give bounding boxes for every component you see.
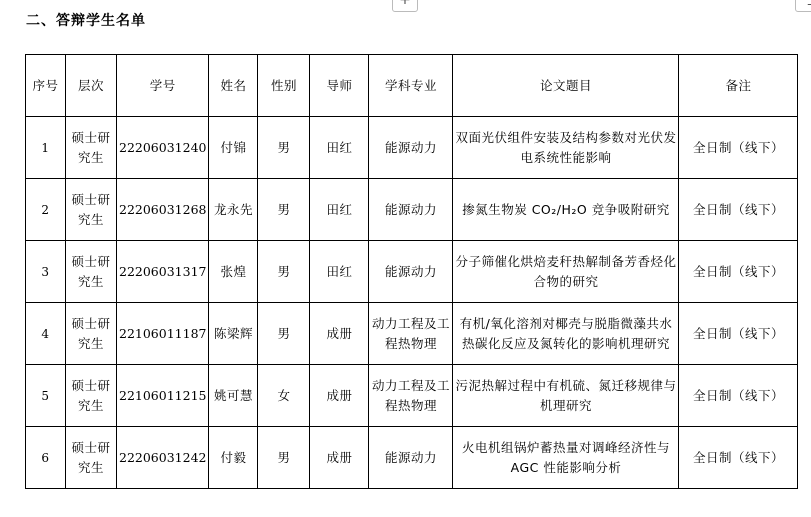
cell-major: 能源动力 [369, 427, 453, 489]
cell-student-id: 22206031317 [117, 241, 209, 303]
header-major: 学科专业 [369, 55, 453, 117]
cell-major: 能源动力 [369, 117, 453, 179]
cell-gender: 女 [258, 365, 310, 427]
cell-level: 硕士研究生 [66, 241, 117, 303]
header-thesis: 论文题目 [453, 55, 679, 117]
cell-thesis: 火电机组锅炉蓄热量对调峰经济性与 AGC 性能影响分析 [453, 427, 679, 489]
cell-index: 3 [26, 241, 66, 303]
cell-level: 硕士研究生 [66, 117, 117, 179]
cell-note: 全日制（线下） [679, 427, 798, 489]
cell-gender: 男 [258, 241, 310, 303]
header-note: 备注 [679, 55, 798, 117]
cell-thesis: 污泥热解过程中有机硫、氮迁移规律与机理研究 [453, 365, 679, 427]
cell-major: 能源动力 [369, 241, 453, 303]
cell-note: 全日制（线下） [679, 365, 798, 427]
cell-note: 全日制（线下） [679, 241, 798, 303]
cell-student-id: 22206031268 [117, 179, 209, 241]
table-row: 4 硕士研究生 22106011187 陈梁辉 男 成册 动力工程及工程热物理 … [26, 303, 798, 365]
cell-thesis: 有机/氧化溶剂对椰壳与脱脂微藻共水热碳化反应及氮转化的影响机理研究 [453, 303, 679, 365]
cell-advisor: 田红 [310, 241, 369, 303]
cell-major: 动力工程及工程热物理 [369, 365, 453, 427]
cell-index: 5 [26, 365, 66, 427]
header-gender: 性别 [258, 55, 310, 117]
cell-student-id: 22206031242 [117, 427, 209, 489]
cell-name: 陈梁辉 [209, 303, 258, 365]
cell-gender: 男 [258, 427, 310, 489]
cell-student-id: 22106011215 [117, 365, 209, 427]
cell-name: 龙永先 [209, 179, 258, 241]
cell-student-id: 22206031240 [117, 117, 209, 179]
cell-advisor: 成册 [310, 427, 369, 489]
cell-thesis: 掺氮生物炭 CO₂/H₂O 竞争吸附研究 [453, 179, 679, 241]
section-title: 二、答辩学生名单 [26, 10, 146, 30]
cell-index: 2 [26, 179, 66, 241]
cell-index: 6 [26, 427, 66, 489]
cell-advisor: 田红 [310, 117, 369, 179]
cell-gender: 男 [258, 303, 310, 365]
defense-student-table: 序号 层次 学号 姓名 性别 导师 学科专业 论文题目 备注 1 硕士研究生 2… [25, 54, 798, 489]
cell-name: 付毅 [209, 427, 258, 489]
expand-button[interactable]: ⌟ [795, 0, 811, 12]
cell-thesis: 双面光伏组件安装及结构参数对光伏发电系统性能影响 [453, 117, 679, 179]
cell-advisor: 成册 [310, 303, 369, 365]
cell-note: 全日制（线下） [679, 117, 798, 179]
cell-level: 硕士研究生 [66, 303, 117, 365]
cell-note: 全日制（线下） [679, 303, 798, 365]
cell-level: 硕士研究生 [66, 427, 117, 489]
table-row: 6 硕士研究生 22206031242 付毅 男 成册 能源动力 火电机组锅炉蓄… [26, 427, 798, 489]
cell-level: 硕士研究生 [66, 179, 117, 241]
cell-index: 4 [26, 303, 66, 365]
table-row: 5 硕士研究生 22106011215 姚可慧 女 成册 动力工程及工程热物理 … [26, 365, 798, 427]
cell-name: 姚可慧 [209, 365, 258, 427]
table-row: 1 硕士研究生 22206031240 付锦 男 田红 能源动力 双面光伏组件安… [26, 117, 798, 179]
cell-note: 全日制（线下） [679, 179, 798, 241]
cell-advisor: 田红 [310, 179, 369, 241]
header-advisor: 导师 [310, 55, 369, 117]
header-name: 姓名 [209, 55, 258, 117]
header-index: 序号 [26, 55, 66, 117]
cell-name: 张煌 [209, 241, 258, 303]
cell-index: 1 [26, 117, 66, 179]
table-header-row: 序号 层次 学号 姓名 性别 导师 学科专业 论文题目 备注 [26, 55, 798, 117]
cell-advisor: 成册 [310, 365, 369, 427]
header-level: 层次 [66, 55, 117, 117]
cell-thesis: 分子筛催化烘焙麦秆热解制备芳香烃化合物的研究 [453, 241, 679, 303]
table-row: 2 硕士研究生 22206031268 龙永先 男 田红 能源动力 掺氮生物炭 … [26, 179, 798, 241]
cell-level: 硕士研究生 [66, 365, 117, 427]
cell-major: 能源动力 [369, 179, 453, 241]
cell-gender: 男 [258, 117, 310, 179]
cell-gender: 男 [258, 179, 310, 241]
cell-name: 付锦 [209, 117, 258, 179]
add-button[interactable]: + [392, 0, 418, 12]
table-row: 3 硕士研究生 22206031317 张煌 男 田红 能源动力 分子筛催化烘焙… [26, 241, 798, 303]
header-student-id: 学号 [117, 55, 209, 117]
cell-major: 动力工程及工程热物理 [369, 303, 453, 365]
cell-student-id: 22106011187 [117, 303, 209, 365]
